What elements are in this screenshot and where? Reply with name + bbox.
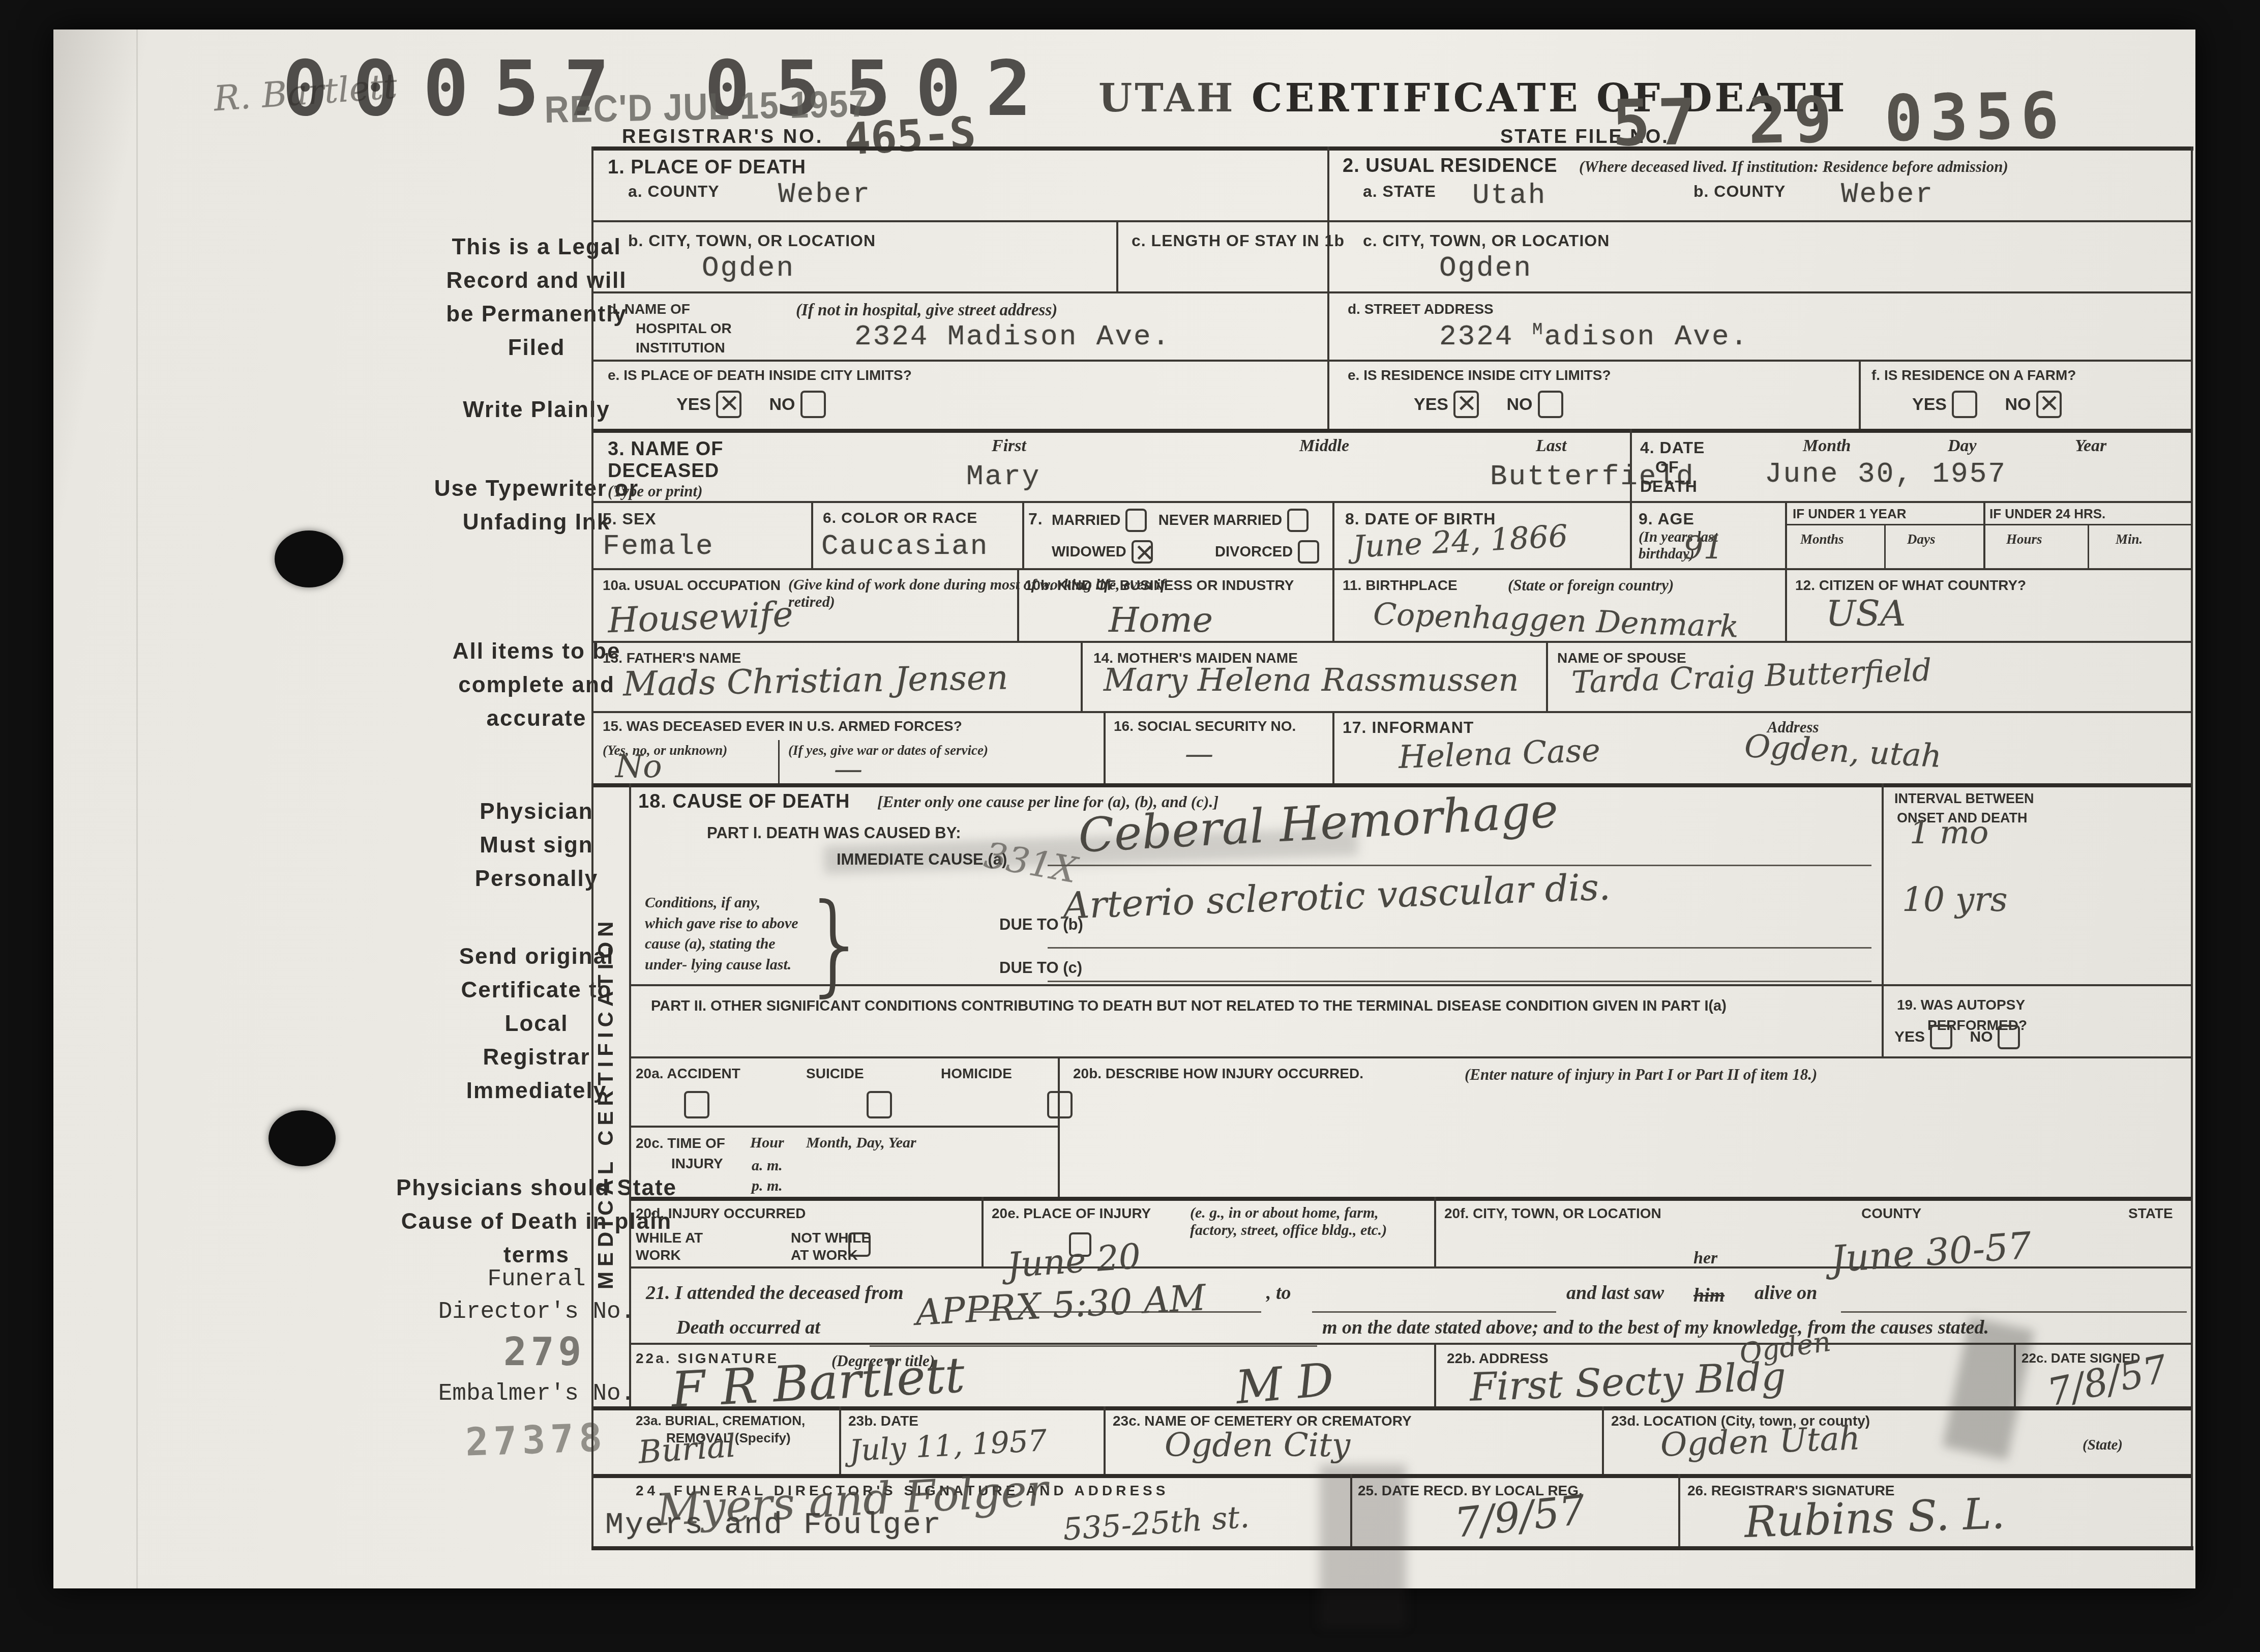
margin-note-legal-record: This is a Legal Record and will be Perma… <box>445 230 628 365</box>
homicide-checkbox <box>1047 1091 1073 1118</box>
industry-label: 10b. KIND OF BUSINESS OR INDUSTRY <box>1025 577 1294 594</box>
conditions-note: Conditions, if any, which gave rise to a… <box>645 893 800 975</box>
street-rest: adison Ave. <box>1544 320 1749 353</box>
race-value: Caucasian <box>821 530 989 563</box>
hospital-label-1: d. NAME OF <box>608 301 690 317</box>
widowed-label: WIDOWED <box>1052 544 1126 560</box>
yes-label: YES <box>1912 395 1947 414</box>
yes-label: YES <box>676 395 711 414</box>
armed-forces-hint-2: (If yes, give war or dates of service) <box>788 743 988 758</box>
grid-line <box>591 641 2192 643</box>
dod-label-3: DEATH <box>1640 477 1698 496</box>
part2-label: PART II. OTHER SIGNIFICANT CONDITIONS CO… <box>651 998 1727 1015</box>
grid-line <box>778 740 780 783</box>
embalmer-no-label: Embalmer's No. <box>409 1377 664 1410</box>
accident-label: 20a. ACCIDENT <box>636 1066 740 1082</box>
place-city-label: b. CITY, TOWN, OR LOCATION <box>628 231 876 250</box>
cemetery-value: Ogden City <box>1165 1427 1350 1464</box>
place-limits-answer: YES NO <box>676 391 831 418</box>
autopsy-no-checkbox <box>1998 1025 2020 1049</box>
grid-line <box>2191 146 2193 1546</box>
margin-note-complete: All items to be complete and accurate <box>450 635 623 735</box>
grid-line <box>1022 501 1024 568</box>
grid-line <box>591 146 593 1546</box>
punch-hole-top <box>275 530 343 587</box>
place-city-value: Ogden <box>702 252 795 284</box>
day-label: Day <box>1948 436 1977 456</box>
grid-line <box>1546 641 1548 711</box>
no-label: NO <box>2005 395 2031 414</box>
injury-city-label: 20f. CITY, TOWN, OR LOCATION <box>1444 1205 1661 1222</box>
disposition-location-value: Ogden Utah <box>1660 1420 1861 1464</box>
place-of-injury-label: 20e. PLACE OF INJURY <box>992 1205 1151 1222</box>
not-while-label-1: NOT WHILE <box>791 1230 871 1246</box>
paper-fold-line <box>136 29 138 1588</box>
disposition-state-label: (State) <box>2083 1437 2123 1454</box>
grid-line <box>1983 501 1985 568</box>
attended-text-4: alive on <box>1755 1282 1817 1304</box>
attended-text-2: , to <box>1266 1282 1291 1304</box>
grid-line <box>591 568 2192 570</box>
grid-line <box>629 1343 2192 1345</box>
last-name-label: Last <box>1536 436 1566 456</box>
grid-line <box>591 711 2192 713</box>
attended-text-1: 21. I attended the deceased from <box>646 1282 904 1304</box>
while-at-work-label-2: WORK <box>636 1247 681 1263</box>
under-24-hrs-label: IF UNDER 24 HRS. <box>1989 506 2105 522</box>
homicide-label: HOMICIDE <box>941 1066 1012 1082</box>
grid-line <box>1081 641 1083 711</box>
margin-note-write-plainly: Write Plainly <box>420 393 653 427</box>
place-limits-label: e. IS PLACE OF DEATH INSIDE CITY LIMITS? <box>608 367 912 383</box>
grid-line <box>1116 220 1118 291</box>
burial-value: Burial <box>637 1427 737 1470</box>
sex-label: 5. SEX <box>603 510 657 528</box>
describe-injury-hint: (Enter nature of injury in Part I or Par… <box>1465 1066 1817 1084</box>
farm-no-checkbox <box>2036 391 2062 418</box>
place-county-value: Weber <box>778 178 871 211</box>
suicide-label: SUICIDE <box>806 1066 864 1082</box>
yes-label: YES <box>1894 1028 1925 1045</box>
cause-b-line <box>1048 947 1871 949</box>
first-name-label: First <box>992 436 1026 456</box>
grid-line <box>1332 501 1334 568</box>
street-prefix: 2324 <box>1439 320 1532 353</box>
marital-row-1: MARRIED NEVER MARRIED <box>1052 509 1314 532</box>
industry-value: Home <box>1109 600 1213 640</box>
residence-county-label: b. COUNTY <box>1693 182 1786 201</box>
interval-a-value: 1 mo <box>1910 814 1988 851</box>
mother-value: Mary Helena Rassmussen <box>1104 661 1519 698</box>
residence-county-value: Weber <box>1841 178 1934 211</box>
farm-yes-checkbox <box>1952 391 1977 418</box>
pm-label: p. m. <box>752 1177 783 1195</box>
month-day-year-label: Month, Day, Year <box>806 1134 916 1152</box>
citizen-value: USA <box>1826 593 1906 634</box>
occupation-value: Housewife <box>607 595 794 641</box>
street-address-value: 2324 Madison Ave. <box>1439 320 1749 353</box>
grid-line <box>1434 1343 1436 1406</box>
birthplace-hint: (State or foreign country) <box>1508 576 1674 595</box>
residence-limits-no-checkbox <box>1538 391 1563 418</box>
month-label: Month <box>1803 436 1851 456</box>
grid-line <box>591 783 2192 787</box>
death-occurred-text-2: m on the date stated above; and to the b… <box>1322 1316 1989 1339</box>
time-of-injury-label-2: INJURY <box>671 1156 723 1172</box>
not-while-label-2: AT WORK <box>791 1247 858 1263</box>
hour-label: Hour <box>750 1134 784 1152</box>
grid-line <box>1602 1406 1604 1474</box>
burial-date-label: 23b. DATE <box>848 1413 918 1429</box>
interval-b-value: 10 yrs <box>1902 880 2008 919</box>
length-of-stay-label: c. LENGTH OF STAY IN 1b <box>1132 231 1345 250</box>
street-address-label: d. STREET ADDRESS <box>1348 301 1494 317</box>
part1-label: PART I. DEATH WAS CAUSED BY: <box>707 824 961 842</box>
injury-county-label: COUNTY <box>1861 1205 1921 1222</box>
describe-injury-label: 20b. DESCRIBE HOW INJURY OCCURRED. <box>1073 1066 1363 1082</box>
grid-line <box>2088 524 2089 568</box>
due-to-c-label: DUE TO (c) <box>999 959 1082 977</box>
ssn-value: — <box>1185 737 1213 771</box>
grid-line <box>1332 568 1334 641</box>
place-of-injury-hint: (e. g., in or about home, farm, factory,… <box>1190 1204 1409 1239</box>
grid-line <box>839 1406 841 1474</box>
grid-line <box>1678 1474 1680 1546</box>
informant-label: 17. INFORMANT <box>1343 718 1474 737</box>
divorced-checkbox <box>1298 540 1319 564</box>
while-at-work-label-1: WHILE AT <box>636 1230 703 1246</box>
hospital-hint: (If not in hospital, give street address… <box>796 301 1057 320</box>
conditions-brace: } <box>801 880 871 1008</box>
grid-line <box>1630 501 1632 568</box>
usual-residence-hint: (Where deceased lived. If institution: R… <box>1579 158 2008 176</box>
place-of-death-label: 1. PLACE OF DEATH <box>608 157 806 179</box>
place-county-label: a. COUNTY <box>628 182 720 201</box>
death-occurred-text: Death occurred at <box>676 1316 820 1339</box>
never-married-checkbox <box>1287 509 1309 532</box>
deceased-label-1: 3. NAME OF <box>608 438 723 460</box>
registrar-no-label: REGISTRAR'S NO. <box>622 126 823 148</box>
place-limits-yes-checkbox <box>716 391 741 418</box>
autopsy-label-1: 19. WAS AUTOPSY <box>1897 997 2025 1013</box>
residence-limits-answer: YES NO <box>1414 391 1568 418</box>
grid-line <box>1884 524 1886 568</box>
dod-label-1: 4. DATE <box>1640 438 1705 457</box>
race-label: 6. COLOR OR RACE <box>823 510 977 527</box>
middle-name-label: Middle <box>1299 436 1349 456</box>
grid-line <box>591 220 2192 222</box>
her-handwritten: her <box>1693 1249 1717 1268</box>
grid-line <box>1785 501 1787 568</box>
occupation-label: 10a. USUAL OCCUPATION <box>603 577 781 594</box>
him-struck: him <box>1693 1284 1724 1307</box>
residence-state-value: Utah <box>1472 179 1547 212</box>
yes-label: YES <box>1414 395 1448 414</box>
grid-line <box>629 1056 2192 1058</box>
sex-value: Female <box>603 530 715 563</box>
accident-checkbox <box>684 1091 709 1118</box>
grid-line <box>629 783 631 1406</box>
medical-certification-sidebar: MEDICAL CERTIFICATION <box>593 803 618 1403</box>
grid-line <box>982 1197 984 1266</box>
date-of-death-value: June 30, 1957 <box>1765 458 2007 490</box>
grid-line <box>1058 1056 1060 1197</box>
grid-line <box>1104 1406 1106 1474</box>
armed-forces-label: 15. WAS DECEASED EVER IN U.S. ARMED FORC… <box>603 718 962 734</box>
injury-occurred-label: 20d. INJURY OCCURRED <box>636 1205 806 1222</box>
am-label: a. m. <box>752 1157 783 1174</box>
burial-label-1: 23a. BURIAL, CREMATION, <box>636 1413 805 1429</box>
birthplace-label: 11. BIRTHPLACE <box>1343 577 1458 594</box>
residence-state-label: a. STATE <box>1363 182 1436 201</box>
grid-line <box>591 429 2192 433</box>
year-label: Year <box>2075 436 2106 456</box>
funeral-director-no-value: 279 <box>503 1329 585 1374</box>
autopsy-yes-checkbox <box>1930 1025 1952 1049</box>
registrar-signature-value: Rubins S. L. <box>1743 1488 2005 1547</box>
no-label: NO <box>769 395 795 414</box>
residence-city-label: c. CITY, TOWN, OR LOCATION <box>1363 231 1610 250</box>
grid-line <box>1859 360 1861 429</box>
autopsy-answer: YES NO <box>1894 1025 2025 1049</box>
citizen-label: 12. CITIZEN OF WHAT COUNTRY? <box>1795 577 2026 594</box>
attended-text-3: and last saw <box>1566 1282 1664 1304</box>
funeral-director-typed: Myers and Foulger <box>605 1508 942 1543</box>
age-value: 91 <box>1683 529 1723 566</box>
grid-line <box>591 146 2193 151</box>
water-stain <box>1320 1465 1406 1628</box>
hours-label: Hours <box>2006 532 2042 547</box>
grid-line <box>1785 524 2192 525</box>
marital-number: 7. <box>1028 510 1043 528</box>
min-label: Min. <box>2116 532 2143 547</box>
scanned-death-certificate: R. Bartlett 00057 05502 REC'D JUL 15 195… <box>0 0 2260 1652</box>
margin-note-physician-sign: Physician Must sign Personally <box>465 795 608 896</box>
time-of-injury-label-1: 20c. TIME OF <box>636 1135 725 1152</box>
grid-line <box>811 501 813 568</box>
grid-line <box>1882 783 1884 1056</box>
divorced-label: DIVORCED <box>1215 544 1293 560</box>
never-married-label: NEVER MARRIED <box>1158 512 1282 528</box>
residence-limits-label: e. IS RESIDENCE INSIDE CITY LIMITS? <box>1348 367 1611 383</box>
married-label: MARRIED <box>1052 512 1120 528</box>
age-label: 9. AGE <box>1639 510 1694 528</box>
grid-line <box>1785 568 1787 641</box>
residence-city-value: Ogden <box>1439 252 1532 284</box>
father-value: Mads Christian Jensen <box>622 658 1008 703</box>
suicide-checkbox <box>867 1091 892 1118</box>
hospital-label-2: HOSPITAL OR <box>636 320 732 337</box>
days-label: Days <box>1907 532 1936 547</box>
grid-line <box>1104 711 1106 783</box>
farm-label: f. IS RESIDENCE ON A FARM? <box>1871 367 2076 383</box>
under-1-year-label: IF UNDER 1 YEAR <box>1793 506 1906 522</box>
ssn-label: 16. SOCIAL SECURITY NO. <box>1114 718 1296 734</box>
deceased-label-3: (Type or print) <box>608 482 703 500</box>
cause-a-line <box>1048 865 1871 866</box>
form-title-state: UTAH <box>1098 75 1235 121</box>
grid-line <box>629 1126 1059 1128</box>
grid-line <box>591 291 2192 293</box>
grid-line <box>629 1197 2192 1201</box>
grid-line <box>1434 1197 1436 1266</box>
widowed-checkbox <box>1132 540 1153 564</box>
hospital-value: 2324 Madison Ave. <box>854 320 1171 353</box>
months-label: Months <box>1800 532 1844 547</box>
grid-line <box>591 501 2192 503</box>
informant-value: Helena Case <box>1398 731 1601 776</box>
last-seen-line <box>1841 1311 2187 1313</box>
marital-row-2: WIDOWED DIVORCED <box>1052 540 1324 564</box>
injury-state-label: STATE <box>2128 1205 2173 1222</box>
place-limits-no-checkbox <box>800 391 826 418</box>
married-checkbox <box>1125 509 1147 532</box>
hospital-label-3: INSTITUTION <box>636 340 725 356</box>
no-label: NO <box>1507 395 1533 414</box>
embalmer-no-value: 27378 <box>465 1414 608 1465</box>
punch-hole-bottom <box>269 1110 336 1166</box>
usual-residence-label: 2. USUAL RESIDENCE <box>1343 155 1558 177</box>
deceased-label-2: DECEASED <box>608 460 719 482</box>
no-label: NO <box>1970 1028 1993 1045</box>
armed-forces-value: No <box>615 748 662 785</box>
death-time-line <box>870 1345 1317 1347</box>
cause-of-death-label: 18. CAUSE OF DEATH <box>638 791 850 813</box>
grid-line <box>1332 711 1334 783</box>
cause-c-line <box>1048 981 1871 982</box>
physician-degree: M D <box>1234 1353 1336 1414</box>
attended-to-line <box>1312 1311 1556 1313</box>
interval-label-1: INTERVAL BETWEEN <box>1894 791 2034 807</box>
residence-limits-yes-checkbox <box>1453 391 1479 418</box>
dod-label-2: OF <box>1655 458 1679 477</box>
farm-answer: YES NO <box>1912 391 2067 418</box>
registrar-no-value: 465-S <box>843 107 977 165</box>
grid-line <box>591 360 2192 362</box>
received-date-stamp: REC'D JUL 15 1957 <box>544 82 869 131</box>
street-superscript-m: M <box>1532 320 1544 340</box>
grid-line <box>1327 146 1329 429</box>
first-name-value: Mary <box>966 460 1040 493</box>
armed-forces-dash: — <box>834 753 863 786</box>
